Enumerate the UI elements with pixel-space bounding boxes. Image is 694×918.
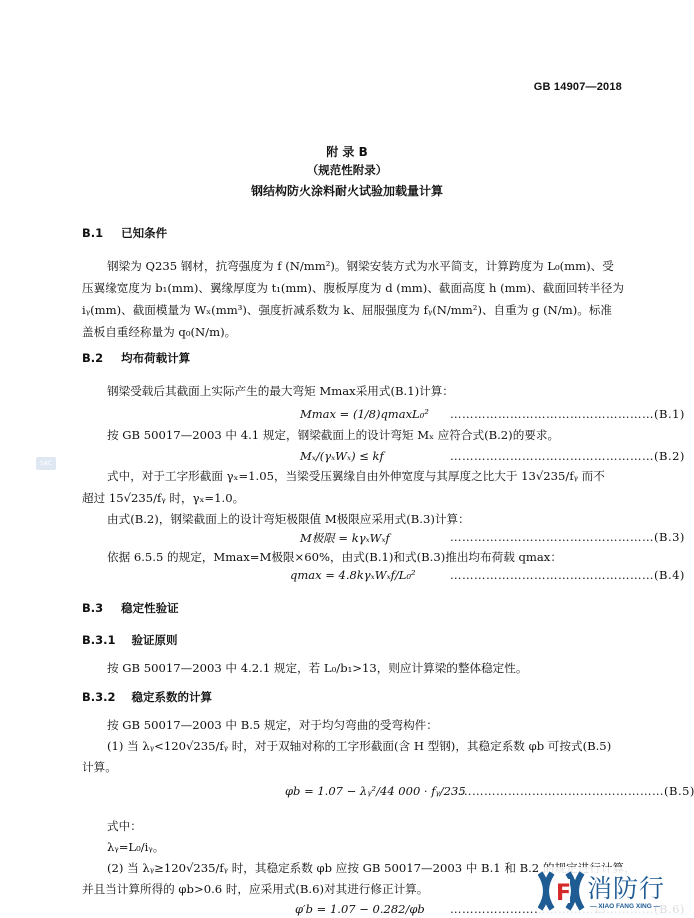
equation-number: (B.3) (654, 530, 685, 544)
b2-para-4: 由式(B.2)，钢梁截面上的设计弯矩极限值 M极限应采用式(B.3)计算： (107, 508, 470, 530)
section-title: 稳定性验证 (121, 601, 179, 615)
equation-b5-label: ……………………………………………(B.5) (460, 784, 694, 798)
section-title: 验证原则 (132, 633, 178, 647)
equation-b6: φ′b = 1.07 − 0.282/φb (295, 902, 425, 916)
leader-dots: …………………………………………… (450, 449, 654, 463)
section-title: 已知条件 (121, 226, 167, 240)
b2-para-5: 依据 6.5.5 的规定，Mmax=M极限×60%，由式(B.1)和式(B.3)… (107, 546, 562, 568)
standard-number: GB 14907—2018 (534, 81, 622, 93)
svg-text:F: F (556, 881, 571, 906)
b2-para-3a: 式中，对于工字形截面 γₓ=1.05，当梁受压翼缘自由外伸宽度与其厚度之比大于 … (107, 465, 605, 487)
section-b32-heading: B.3.2 稳定系数的计算 (82, 689, 212, 705)
equation-b2-label: ……………………………………………(B.2) (450, 449, 685, 463)
section-b3-heading: B.3 稳定性验证 (82, 600, 179, 616)
section-title: 稳定系数的计算 (132, 690, 213, 704)
section-number: B.2 (82, 351, 103, 365)
section-number: B.3.2 (82, 690, 116, 704)
b2-para-1: 钢梁受载后其截面上实际产生的最大弯矩 Mmax采用式(B.1)计算： (107, 380, 454, 402)
section-number: B.3.1 (82, 633, 116, 647)
b32-para-2a: (1) 当 λᵧ<120√235/fᵧ 时，对于双轴对称的工字形截面(含 H 型… (107, 735, 611, 757)
b32-definition: λᵧ=L₀/iᵧ。 (107, 836, 164, 858)
equation-b1-label: ……………………………………………(B.1) (450, 407, 685, 421)
b1-line-3: iᵧ(mm)、截面模量为 Wₓ(mm³)、强度折减系数为 k、屈服强度为 fᵧ(… (82, 299, 612, 321)
section-number: B.3 (82, 601, 103, 615)
equation-b3-label: ……………………………………………(B.3) (450, 530, 685, 544)
equation-b3: M极限 = kγₓWₓf (300, 530, 390, 546)
b1-line-1: 钢梁为 Q235 钢材，抗弯强度为 f (N/mm²)。钢梁安装方式为水平简支，… (107, 255, 614, 277)
b32-para-2b: 计算。 (82, 756, 117, 778)
b2-para-2: 按 GB 50017—2003 中 4.1 规定，钢梁截面上的设计弯矩 Mₓ 应… (107, 424, 559, 446)
b32-para-1: 按 GB 50017—2003 中 B.5 规定，对于均匀弯曲的受弯构件： (107, 714, 438, 736)
equation-number: (B.5) (664, 784, 694, 798)
section-number: B.1 (82, 226, 103, 240)
leader-dots: …………………………………………… (450, 530, 654, 544)
section-b1-heading: B.1 已知条件 (82, 225, 167, 241)
equation-b4: qmax = 4.8kγₓWₓf/L₀² (290, 568, 416, 582)
brand-name-en: — XIAO FANG XING — (590, 903, 660, 910)
section-b2-heading: B.2 均布荷载计算 (82, 350, 190, 366)
brand-name-cn: 消防行 (587, 869, 665, 905)
equation-number: (B.1) (654, 407, 685, 421)
annex-name: 钢结构防火涂料耐火试验加载量计算 (0, 182, 694, 199)
b32-where: 式中： (107, 815, 142, 837)
equation-b1: Mmax = (1/8)qmaxL₀² (300, 407, 429, 421)
leader-dots: …………………………………………… (450, 568, 654, 582)
leader-dots: …………………………………………… (450, 407, 654, 421)
equation-b2: Mₓ/(γₓWₓ) ≤ kf (300, 449, 384, 463)
b2-para-3b: 超过 15√235/fᵧ 时，γₓ=1.0。 (82, 487, 244, 509)
faint-watermark-icon: SAC (36, 457, 56, 470)
b32-para-3b: 并且当计算所得的 φb>0.6 时，应采用式(B.6)对其进行修正计算。 (82, 878, 428, 900)
b31-para-1: 按 GB 50017—2003 中 4.2.1 规定，若 L₀/b₁>13，则应… (107, 657, 527, 679)
b1-line-2: 压翼缘宽度为 b₁(mm)、翼缘厚度为 t₁(mm)、腹板厚度为 d (mm)、… (82, 277, 624, 299)
equation-number: (B.2) (654, 449, 685, 463)
annex-title: 附 录 B (0, 143, 694, 160)
section-b31-heading: B.3.1 验证原则 (82, 632, 178, 648)
b1-line-4: 盖板自重经称量为 q₀(N/m)。 (82, 321, 236, 343)
annex-nature: （规范性附录） (0, 162, 694, 178)
section-title: 均布荷载计算 (121, 351, 190, 365)
leader-dots: …………………………………………… (460, 784, 664, 798)
equation-b5: φb = 1.07 − λᵧ²/44 000 · fᵧ/235 (285, 784, 466, 798)
equation-b4-label: ……………………………………………(B.4) (450, 568, 685, 582)
equation-number: (B.4) (654, 568, 685, 582)
